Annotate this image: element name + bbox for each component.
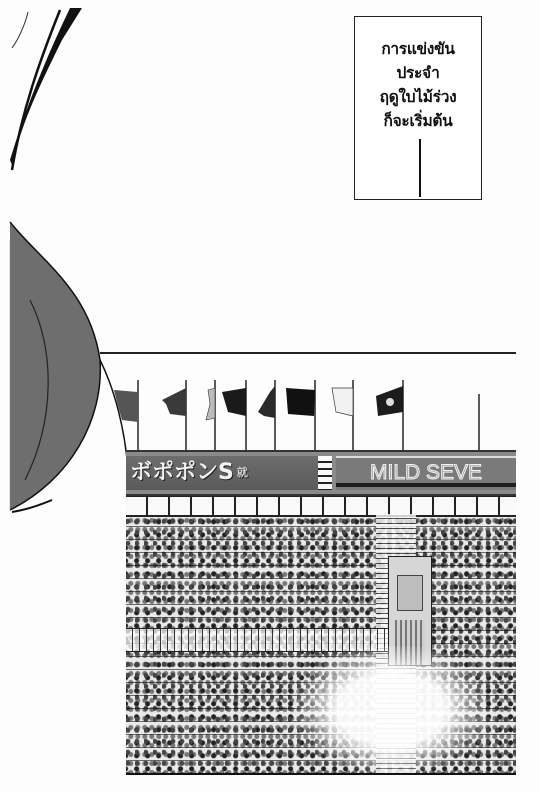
ad-sign-right: MILD SEVE (336, 456, 516, 490)
narration-line: การแข่งขัน (355, 37, 481, 61)
ad-sign-right-text: MILD SEVE (370, 461, 482, 485)
upper-railing (126, 496, 516, 517)
light-highlight (296, 646, 486, 773)
advertising-board: ボポポンS就 MILD SEVE (126, 450, 516, 496)
panel-border-bottom (126, 773, 516, 775)
tunnel-sign (397, 575, 423, 611)
narration-box: การแข่งขัน ประจำ ฤดูใบไม้ร่วง ก็จะเริ่มต… (354, 16, 482, 200)
narration-line: ฤดูใบไม้ร่วง (355, 85, 481, 109)
ad-sign-left-small-text: 就 (237, 466, 248, 479)
crowd-stands (126, 496, 516, 773)
narration-line: ก็จะเริ่มต้น (355, 109, 481, 133)
narration-tail (419, 139, 421, 197)
narration-line: ประจำ (355, 61, 481, 85)
ad-sign-left: ボポポンS就 (126, 456, 318, 490)
ad-sign-stripe (336, 483, 516, 487)
flag-row (100, 350, 516, 450)
stadium-panel: ボポポンS就 MILD SEVE (100, 350, 516, 775)
ad-sign-left-text: ボポポンS (130, 460, 234, 485)
manga-page: การแข่งขัน ประจำ ฤดูใบไม้ร่วง ก็จะเริ่มต… (0, 0, 540, 792)
scoreboard-gap (318, 456, 332, 490)
